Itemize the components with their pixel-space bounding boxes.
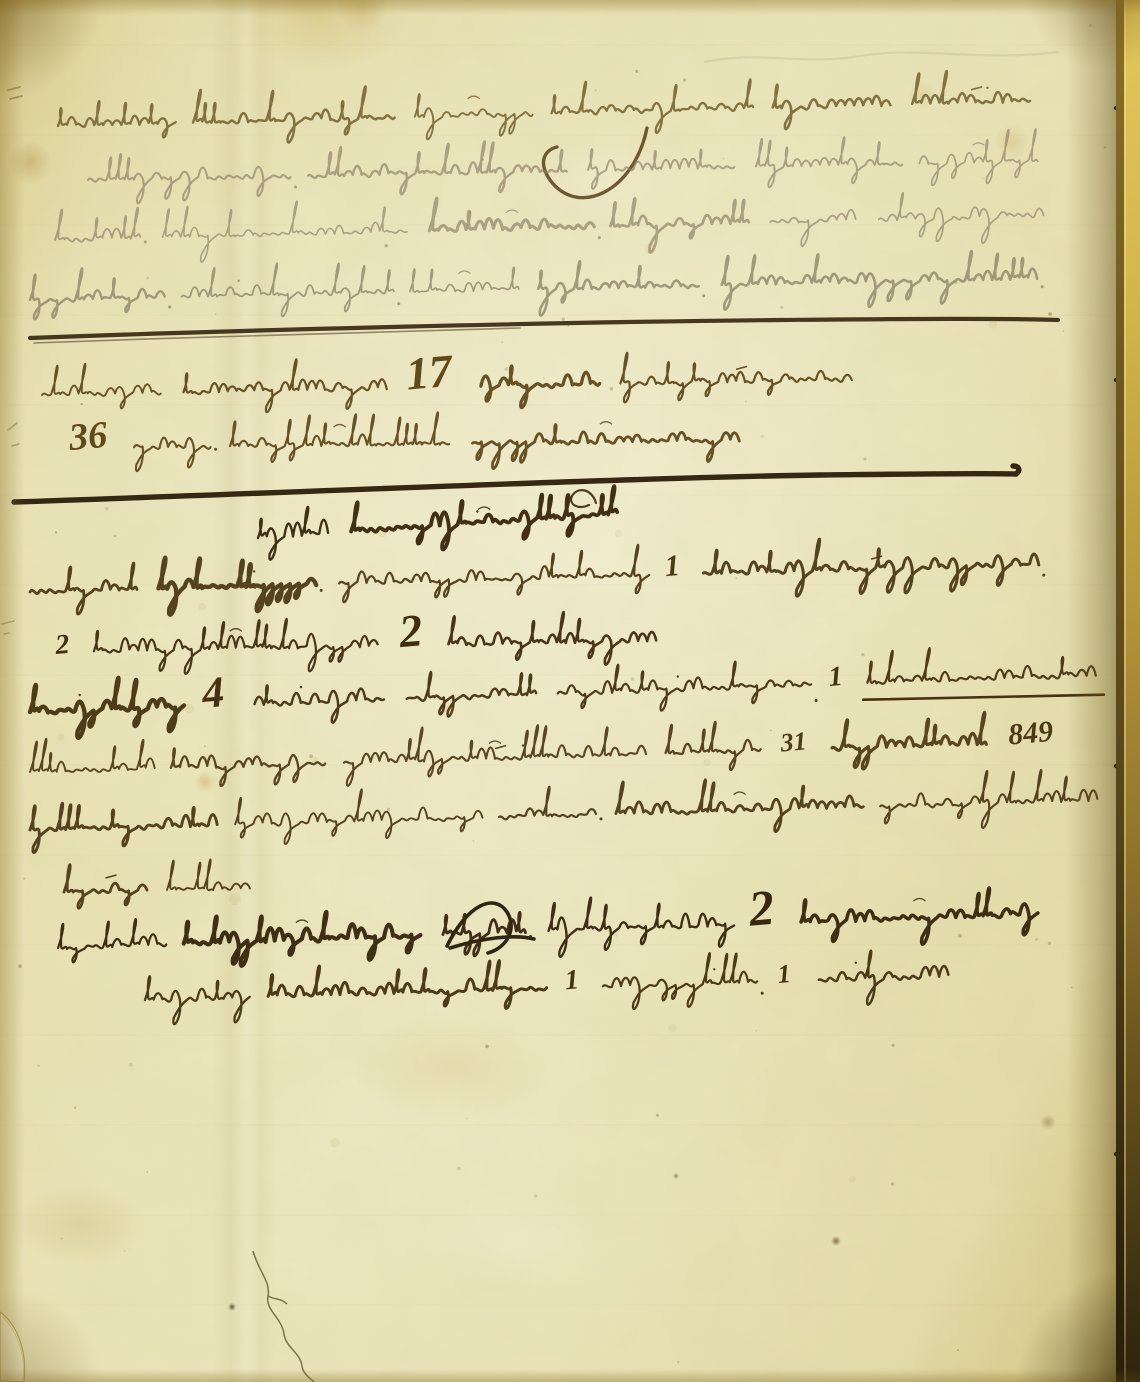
- manuscript-photo: 17361224131849211 der Schein zum Anfang …: [0, 0, 1140, 1382]
- paper-page: [0, 0, 1140, 1382]
